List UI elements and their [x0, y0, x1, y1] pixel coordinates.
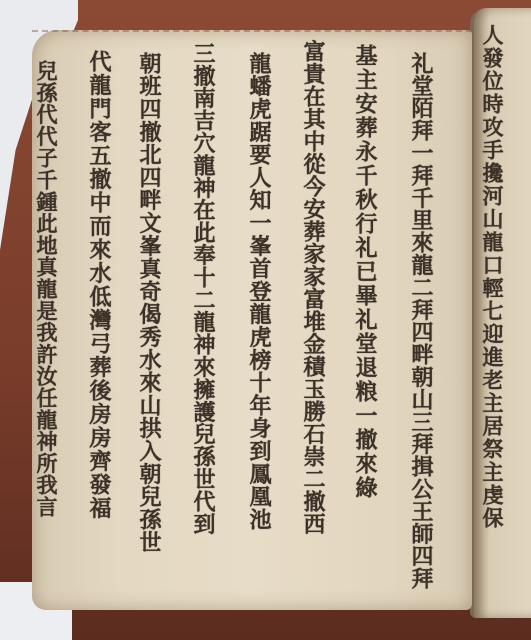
manuscript-text: 代龍門客五撤中而來水 [86, 50, 112, 285]
right-facing-page: 人發位時攻手攙河山龍口輕七迎進老主居祭主虔保 [470, 8, 531, 618]
manuscript-text: 龍蟠虎踞要人知一峯首登龍虎榜十年身到鳳凰池 [246, 52, 272, 531]
text-column-5: 三撤南吉穴龍神在此奉十二龍神來擁護兒孫世代到 [192, 42, 214, 535]
manuscript-page: 礼堂陌拜一拜千里來龍二拜四畔朝山三拜揖公王師四拜 基主安葬永千秋行礼已畢礼堂退粮… [32, 30, 472, 610]
text-column-2: 基主安葬永千秋行礼已畢礼堂退粮一撤來綠 [354, 44, 376, 500]
text-column-6: 朝班四撤北四畔文峯真奇偈秀水來山拱入朝兒孫世 [138, 52, 160, 554]
text-column-1: 礼堂陌拜一拜千里來龍二拜四畔朝山三拜揖公王師四拜 [410, 52, 432, 590]
right-page-column: 人發位時攻手攙河山龍口輕七迎進老主居祭主虔保 [482, 24, 503, 530]
manuscript-text: 低灣弓葬後房房齊發福 [86, 285, 112, 520]
manuscript-text: 三撤南吉穴龍神在此奉十二龍神來擁護兒孫世代到 [190, 42, 216, 535]
text-column-4: 龍蟠虎踞要人知一峯首登龍虎榜十年身到鳳凰池 [248, 52, 270, 531]
manuscript-text: 秀水來山拱入朝兒孫世 [136, 326, 162, 554]
manuscript-text: 礼堂陌拜一拜千里來龍二拜四畔朝山三拜揖公王師四拜 [408, 52, 434, 590]
manuscript-text: 此地真龍是我許汝任龍神所我言 [34, 213, 59, 518]
manuscript-text: 兒孫代代子千鍾 [34, 60, 59, 213]
text-column-3: 富貴在其中從今安葬家家富堆金積玉勝石崇二撤西 [302, 40, 324, 535]
manuscript-text: 富貴在其中從今安葬家家富堆金積玉勝石崇二撤西 [300, 40, 326, 535]
manuscript-text: 人發位時攻手攙河山龍口輕七迎進老主居祭主虔保 [480, 24, 505, 530]
manuscript-text: 基主安葬永千秋行礼已畢 [352, 44, 378, 308]
manuscript-text: 礼堂退粮一撤來綠 [352, 308, 378, 500]
text-column-7: 代龍門客五撤中而來水低灣弓葬後房房齊發福 [88, 50, 110, 520]
manuscript-text: 朝班四撤北四畔文峯真奇偈 [136, 52, 162, 326]
text-column-8: 兒孫代代子千鍾此地真龍是我許汝任龍神所我言 [36, 60, 57, 518]
